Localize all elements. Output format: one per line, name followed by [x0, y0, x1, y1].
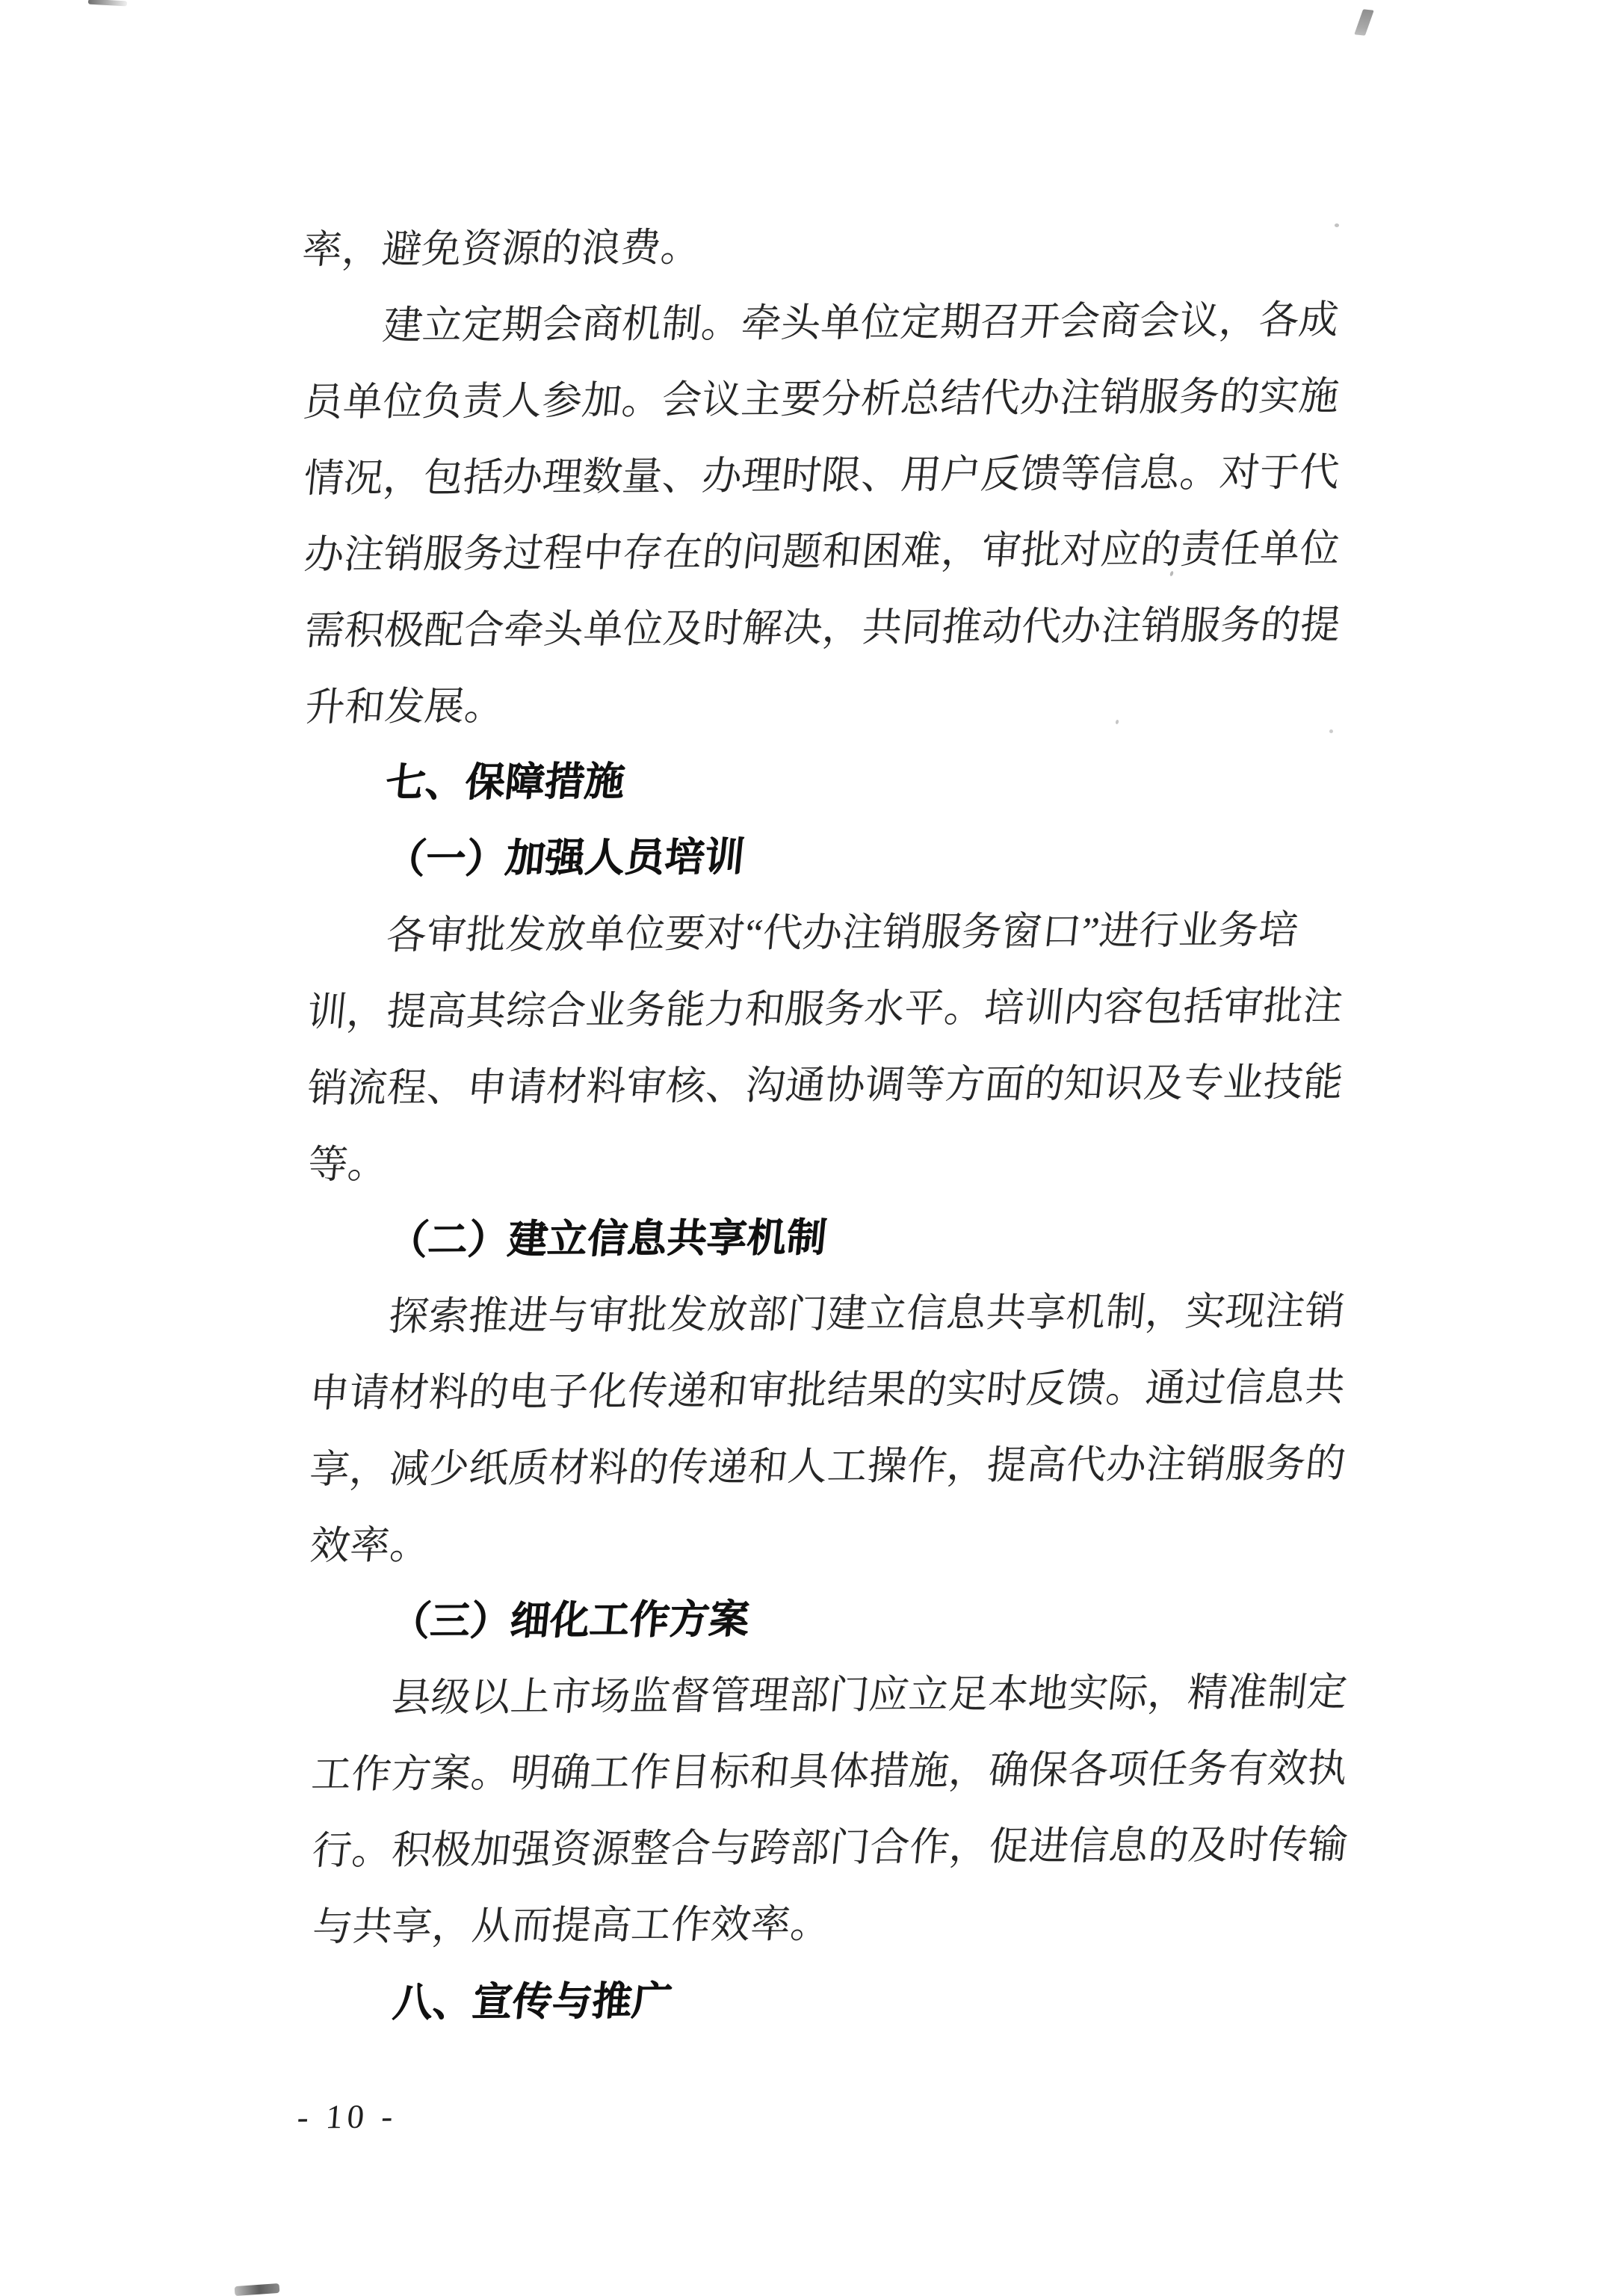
pen-mark-top-right — [1354, 9, 1374, 35]
body-line: 各审批发放单位要对“代办注销服务窗口”进行业务培 — [303, 888, 1357, 971]
body-line: 行。积极加强资源整合与跨部门合作，促进信息的及时传输 — [309, 1803, 1362, 1886]
body-line: 需积极配合牵头单位及时解决，共同推动代办注销服务的提 — [301, 583, 1355, 666]
scan-speck — [698, 860, 701, 863]
body-line: 申请材料的电子化传递和审批结果的实时反馈。通过信息共 — [306, 1345, 1360, 1428]
heading-section-8: 八、宣传与推广 — [310, 1955, 1364, 2038]
body-line: 率，避免资源的浪费。 — [299, 202, 1352, 285]
heading-sub-2-info-sharing: （二）建立信息共享机制 — [305, 1193, 1358, 1276]
scan-speck — [1335, 223, 1339, 227]
scan-smudge-bottom — [235, 2283, 280, 2296]
body-line: 效率。 — [307, 1498, 1361, 1581]
document-page: 率，避免资源的浪费。 建立定期会商机制。牵头单位定期召开会商会议，各成 员单位负… — [0, 0, 1623, 2296]
heading-sub-1-training: （一）加强人员培训 — [303, 812, 1356, 895]
scan-speck — [1329, 729, 1333, 733]
body-line: 工作方案。明确工作目标和具体措施，确保各项任务有效执 — [309, 1726, 1362, 1809]
body-line: 办注销服务过程中存在的问题和困难，审批对应的责任单位 — [301, 507, 1355, 590]
body-line: 享，减少纸质材料的传递和人工操作，提高代办注销服务的 — [306, 1422, 1360, 1505]
body-line: 销流程、申请材料审核、沟通协调等方面的知识及专业技能 — [304, 1040, 1358, 1123]
body-line: 探索推进与审批发放部门建立信息共享机制，实现注销 — [306, 1269, 1359, 1352]
body-line: 员单位负责人参加。会议主要分析总结代办注销服务的实施 — [300, 354, 1354, 437]
body-line: 建立定期会商机制。牵头单位定期召开会商会议，各成 — [300, 278, 1353, 361]
scan-smudge-top-left — [88, 0, 127, 6]
body-line: 训，提高其综合业务能力和服务水平。培训内容包括审批注 — [303, 964, 1357, 1047]
document-text-block: 率，避免资源的浪费。 建立定期会商机制。牵头单位定期召开会商会议，各成 员单位负… — [303, 202, 1360, 2038]
body-line: 县级以上市场监督管理部门应立足本地实际，精准制定 — [308, 1650, 1361, 1733]
body-line: 等。 — [305, 1117, 1358, 1200]
body-line: 与共享，从而提高工作效率。 — [309, 1879, 1363, 1962]
heading-sub-3-work-plan: （三）细化工作方案 — [307, 1574, 1361, 1657]
page-number: - 10 - — [296, 2096, 399, 2136]
body-line: 情况，包括办理数量、办理时限、用户反馈等信息。对于代 — [300, 430, 1354, 513]
body-line: 升和发展。 — [302, 659, 1355, 742]
heading-section-7: 七、保障措施 — [303, 735, 1356, 818]
